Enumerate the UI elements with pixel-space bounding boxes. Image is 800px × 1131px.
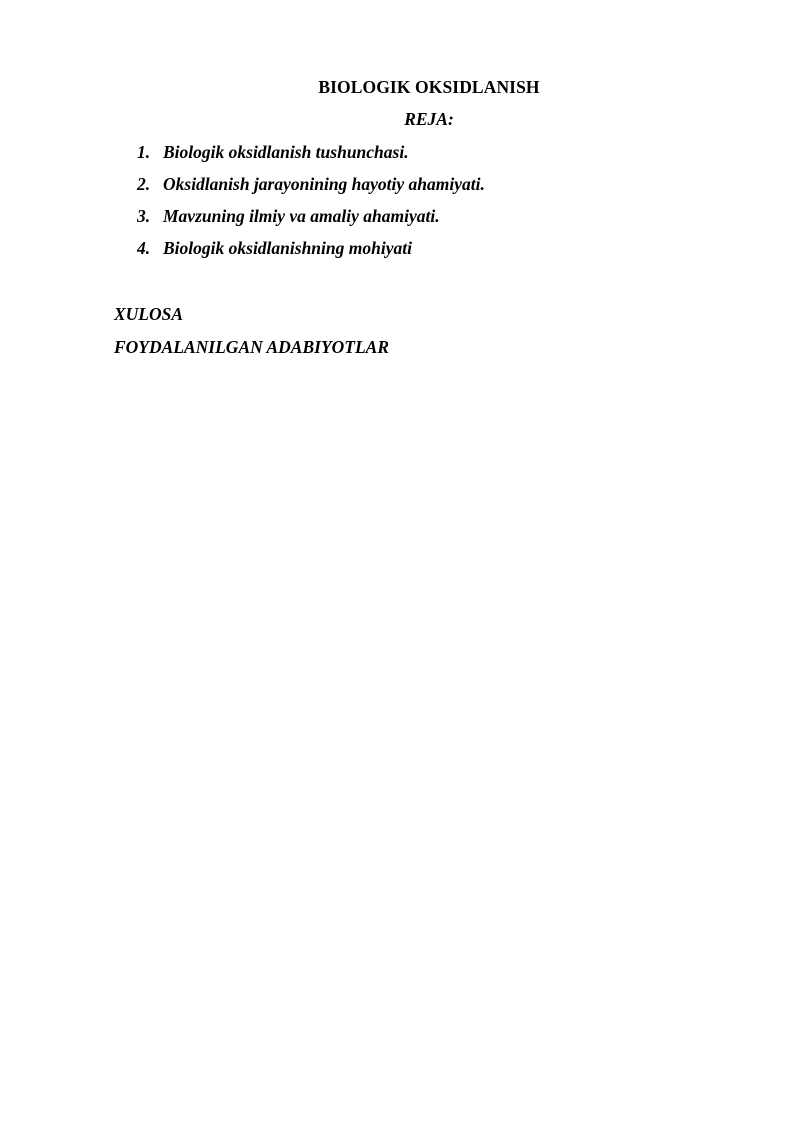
plan-item-text: Biologik oksidlanishning mohiyati: [163, 237, 412, 269]
references-heading: FOYDALANILGAN ADABIYOTLAR: [114, 336, 389, 358]
plan-item-text: Biologik oksidlanish tushunchasi.: [163, 141, 409, 173]
plan-item: 1. Biologik oksidlanish tushunchasi.: [137, 141, 485, 173]
plan-item: 2. Oksidlanish jarayonining hayotiy aham…: [137, 173, 485, 205]
plan-heading: REJA:: [0, 108, 800, 130]
document-page: BIOLOGIK OKSIDLANISH REJA: 1. Biologik o…: [0, 0, 800, 1131]
plan-item: 3. Mavzuning ilmiy va amaliy ahamiyati.: [137, 205, 485, 237]
plan-item-text: Oksidlanish jarayonining hayotiy ahamiya…: [163, 173, 485, 205]
conclusion-heading: XULOSA: [114, 303, 183, 325]
plan-list: 1. Biologik oksidlanish tushunchasi. 2. …: [137, 141, 485, 269]
plan-item: 4. Biologik oksidlanishning mohiyati: [137, 237, 485, 269]
plan-item-number: 1.: [137, 141, 163, 173]
document-title: BIOLOGIK OKSIDLANISH: [0, 76, 800, 98]
plan-item-number: 2.: [137, 173, 163, 205]
plan-item-text: Mavzuning ilmiy va amaliy ahamiyati.: [163, 205, 440, 237]
plan-item-number: 4.: [137, 237, 163, 269]
plan-item-number: 3.: [137, 205, 163, 237]
